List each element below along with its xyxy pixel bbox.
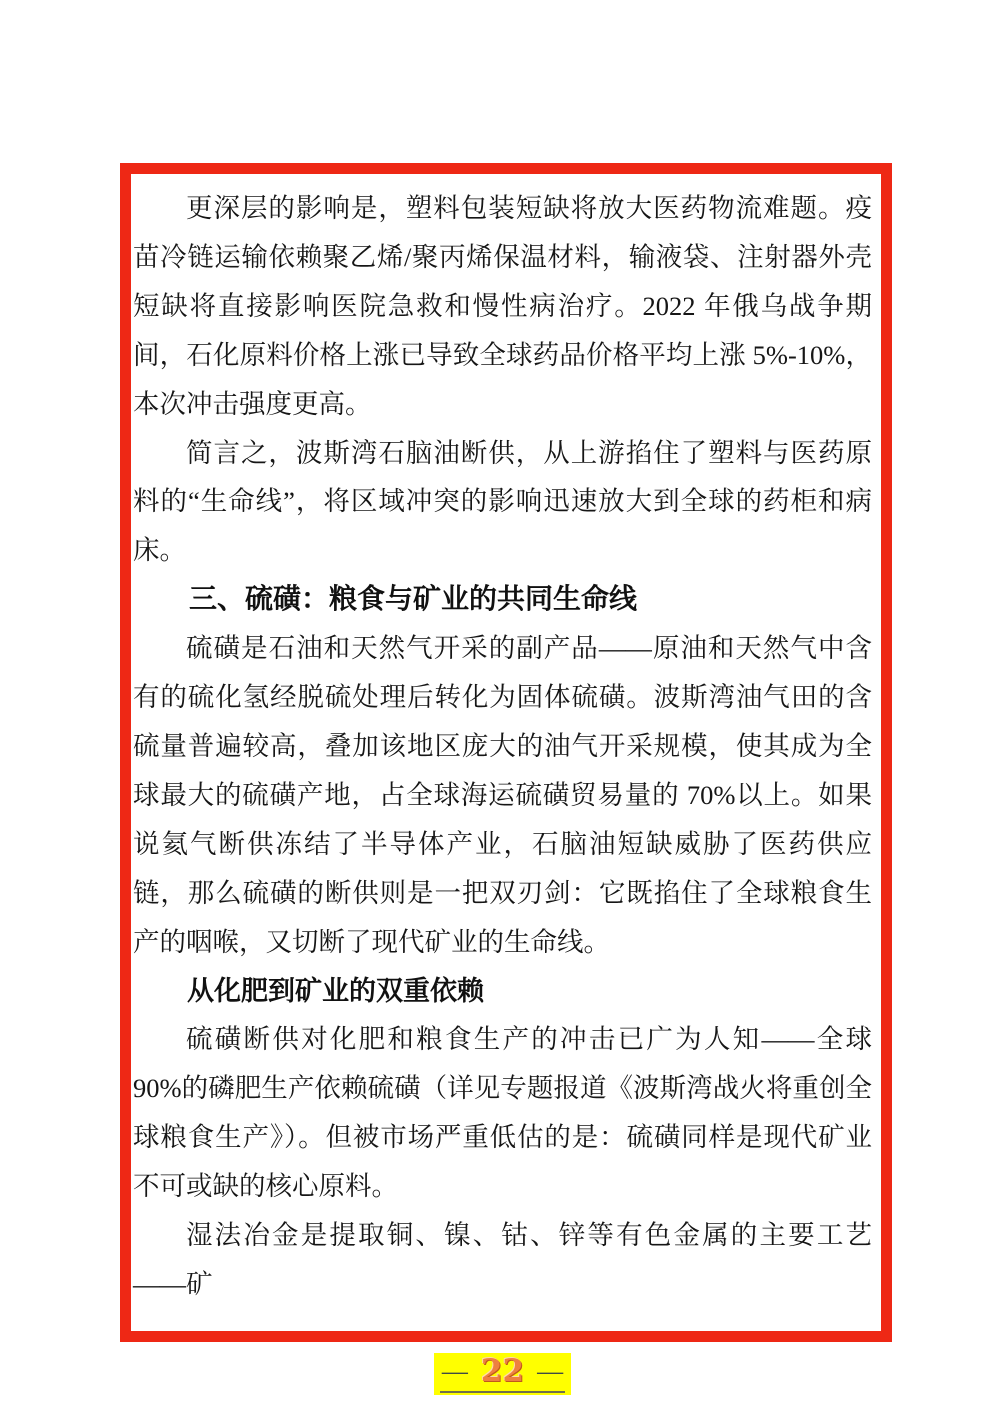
page-border: 更深层的影响是，塑料包装短缺将放大医药物流难题。疫苗冷链运输依赖聚乙烯/聚丙烯保…	[120, 163, 892, 1342]
page-number: 22	[472, 1353, 533, 1389]
footer-right-dash: —	[537, 1356, 563, 1385]
page-number-highlight: — 22 —	[434, 1353, 571, 1395]
section-heading-sulfur: 三、硫磺：粮食与矿业的共同生命线	[133, 575, 872, 624]
paragraph-hydrometallurgy: 湿法冶金是提取铜、镍、钴、锌等有色金属的主要工艺——矿	[133, 1211, 872, 1309]
paragraph-sulfur-byproduct: 硫磺是石油和天然气开采的副产品——原油和天然气中含有的硫化氢经脱硫处理后转化为固…	[133, 624, 872, 966]
paragraph-plastic-packaging: 更深层的影响是，塑料包装短缺将放大医药物流难题。疫苗冷链运输依赖聚乙烯/聚丙烯保…	[133, 184, 872, 429]
page-number-underline: — 22 —	[440, 1356, 565, 1393]
paragraph-fertilizer-dependence: 硫磺断供对化肥和粮食生产的冲击已广为人知——全球 90%的磷肥生产依赖硫磺（详见…	[133, 1015, 872, 1211]
page-content: 更深层的影响是，塑料包装短缺将放大医药物流难题。疫苗冷链运输依赖聚乙烯/聚丙烯保…	[133, 184, 872, 1331]
page-footer: — 22 —	[133, 1353, 872, 1395]
paragraph-naphtha-summary: 简言之，波斯湾石脑油断供，从上游掐住了塑料与医药原料的“生命线”，将区域冲突的影…	[133, 429, 872, 576]
footer-left-dash: —	[442, 1356, 468, 1385]
sub-heading-fertilizer-mining: 从化肥到矿业的双重依赖	[133, 967, 872, 1016]
